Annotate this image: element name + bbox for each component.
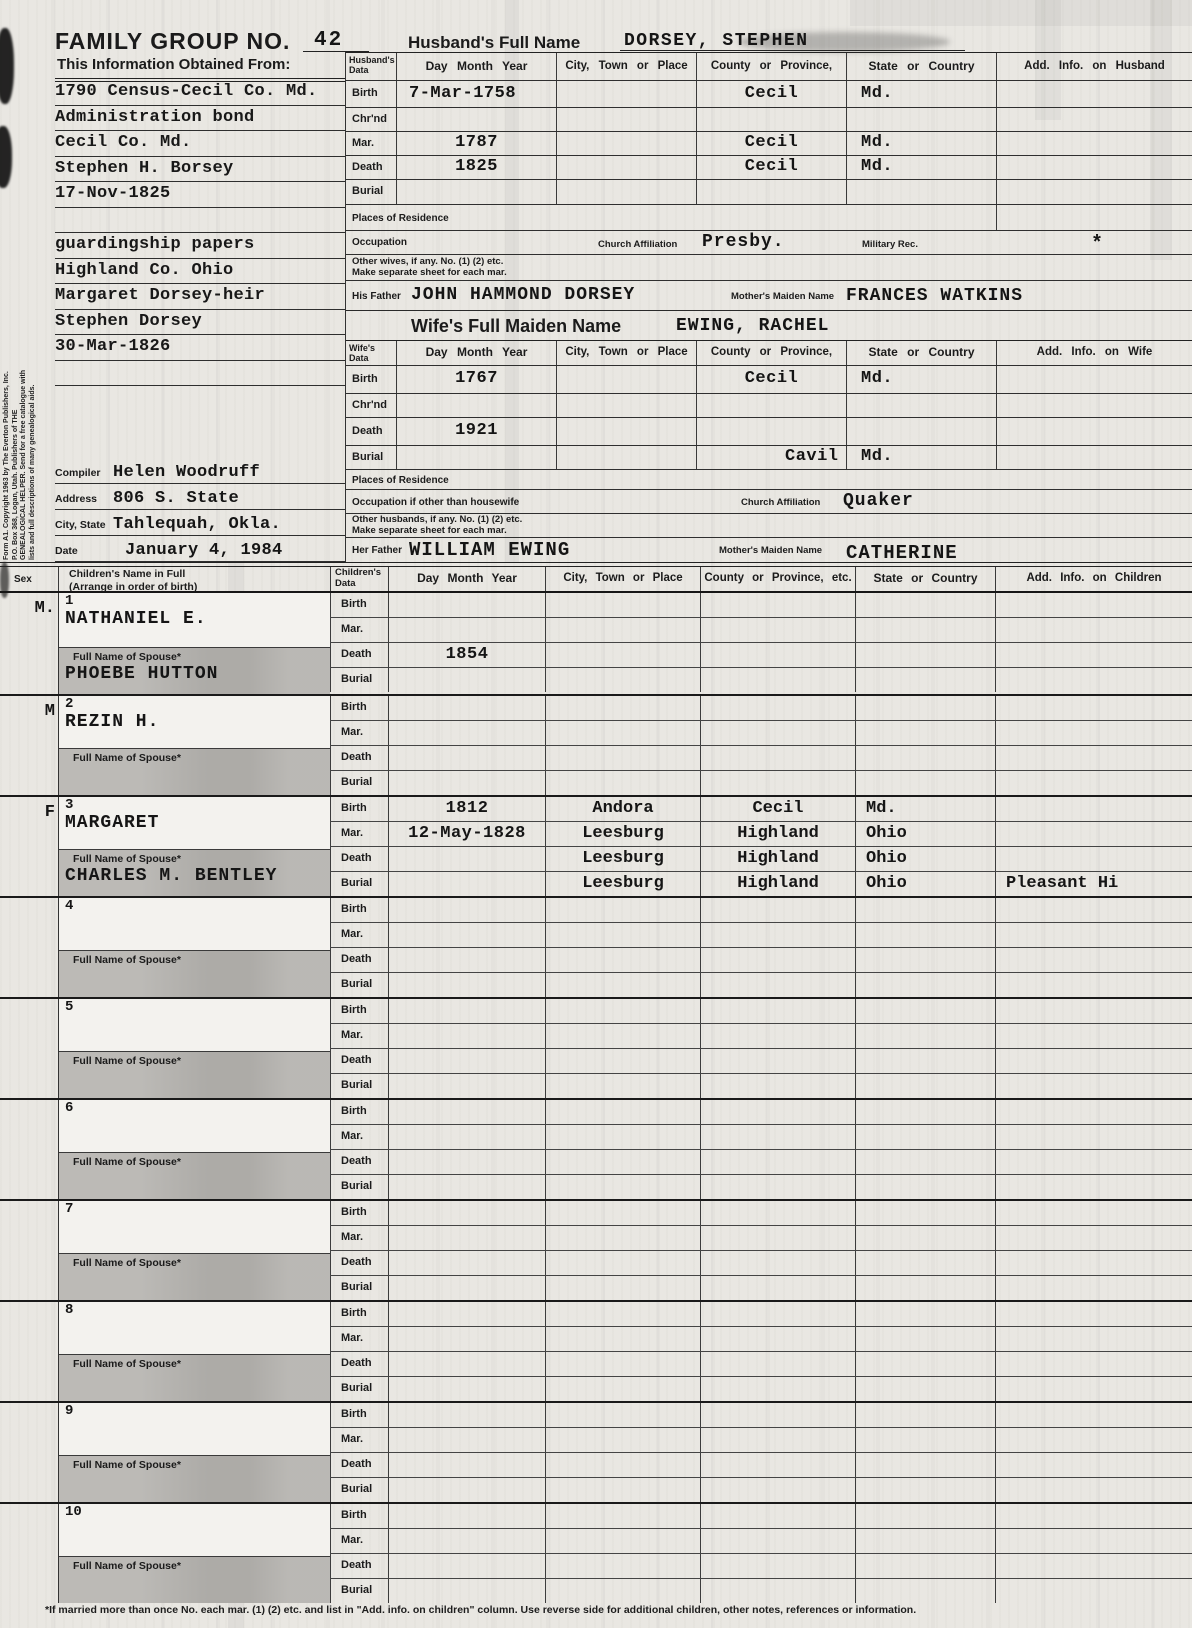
- children-data-header: Children's Data: [330, 566, 388, 591]
- child-record: F 3 MARGARET Full Name of Spouse* CHARLE…: [0, 795, 1192, 896]
- date-row: Date January 4, 1984: [55, 536, 345, 562]
- child-spouse-section: Full Name of Spouse*: [59, 1354, 330, 1401]
- footer-note: *If married more than once No. each mar.…: [45, 1604, 1185, 1616]
- death-county: [700, 948, 855, 972]
- mar-state: [855, 721, 995, 745]
- death-info: [995, 1251, 1192, 1275]
- burial-city: [545, 1175, 700, 1199]
- chrnd-state: [846, 108, 996, 131]
- children-data-line2: Data: [335, 579, 388, 590]
- child-birth-row: Birth: [330, 696, 1192, 721]
- wife-places-row: Places of Residence: [346, 470, 1192, 490]
- address-row: Address 806 S. State: [55, 484, 345, 510]
- spouse-label: Full Name of Spouse*: [59, 749, 330, 764]
- row-label: Burial: [330, 973, 388, 997]
- source-line: 17-Nov-1825: [55, 182, 345, 208]
- husband-table: Husband's Data Day Month Year City, Town…: [345, 52, 1192, 311]
- child-record: 6 Full Name of Spouse* Birth Mar.: [0, 1098, 1192, 1199]
- row-label: Burial: [330, 1175, 388, 1199]
- child-birth-row: Birth: [330, 1100, 1192, 1125]
- birth-state: Md.: [855, 797, 995, 821]
- wife-data-label: Wife's Data: [346, 341, 396, 365]
- source-line: 30-Mar-1826: [55, 335, 345, 361]
- birth-date: [388, 1403, 545, 1427]
- mar-info: [995, 721, 1192, 745]
- child-name-cell: 8 Full Name of Spouse*: [58, 1302, 330, 1401]
- child-name-cell: 1 NATHANIEL E. Full Name of Spouse* PHOE…: [58, 593, 330, 694]
- child-mar-row: Mar. 12-May-1828 Leesburg Highland Ohio: [330, 822, 1192, 847]
- husband-parents-row: His Father JOHN HAMMOND DORSEY Mother's …: [346, 281, 1192, 311]
- mar-county: [700, 1529, 855, 1553]
- birth-county: [700, 999, 855, 1023]
- birth-state: [855, 1100, 995, 1124]
- child-death-row: Death: [330, 948, 1192, 973]
- mar-county: [700, 1428, 855, 1452]
- burial-info: [996, 446, 1192, 469]
- death-state: [846, 418, 996, 445]
- burial-date: [388, 1074, 545, 1098]
- city-state-label: City, State: [55, 519, 113, 534]
- death-county: [696, 418, 846, 445]
- row-label: Burial: [330, 1276, 388, 1300]
- death-state: [855, 1049, 995, 1073]
- row-label: Birth: [330, 898, 388, 922]
- burial-date: [388, 668, 545, 692]
- row-label: Death: [330, 643, 388, 667]
- child-sex: M.: [0, 593, 58, 694]
- address-label: Address: [55, 493, 113, 508]
- child-name-cell: 5 Full Name of Spouse*: [58, 999, 330, 1098]
- burial-county: [700, 1175, 855, 1199]
- birth-county: [700, 898, 855, 922]
- spouse-label: Full Name of Spouse*: [59, 648, 330, 663]
- chrnd-city: [556, 108, 696, 131]
- husband-chrnd-row: Chr'nd: [346, 108, 1192, 132]
- child-burial-row: Burial Leesburg Highland Ohio Pleasant H…: [330, 872, 1192, 896]
- mar-info: [995, 1024, 1192, 1048]
- child-death-row: Death: [330, 1352, 1192, 1377]
- child-number: 4: [59, 898, 330, 914]
- mar-city: [545, 721, 700, 745]
- child-name-cell: 10 Full Name of Spouse*: [58, 1504, 330, 1603]
- wife-birth-row: Birth 1767 Cecil Md.: [346, 366, 1192, 394]
- mar-city: Leesburg: [545, 822, 700, 846]
- occupation-label: Occupation: [352, 237, 407, 248]
- mar-info: [996, 132, 1192, 155]
- mar-info: [995, 822, 1192, 846]
- chrnd-state: [846, 394, 996, 417]
- birth-info: [995, 797, 1192, 821]
- mar-date: [388, 618, 545, 642]
- child-birth-row: Birth 1812 Andora Cecil Md.: [330, 797, 1192, 822]
- spouse-label: Full Name of Spouse*: [59, 850, 330, 865]
- wife-parents-row: Her Father WILLIAM EWING Mother's Maiden…: [346, 538, 1192, 562]
- death-state: [855, 948, 995, 972]
- birth-city: [545, 1100, 700, 1124]
- row-label: Birth: [330, 1201, 388, 1225]
- child-name: REZIN H.: [59, 712, 330, 732]
- child-record: M. 1 NATHANIEL E. Full Name of Spouse* P…: [0, 593, 1192, 694]
- col-state: State or Country: [855, 566, 995, 591]
- child-sex: [0, 1302, 58, 1401]
- row-label: Death: [330, 1251, 388, 1275]
- death-info: [995, 643, 1192, 667]
- row-label: Chr'nd: [346, 394, 396, 417]
- burial-county: [696, 180, 846, 204]
- mar-city: [545, 1226, 700, 1250]
- child-name-cell: 3 MARGARET Full Name of Spouse* CHARLES …: [58, 797, 330, 896]
- burial-state: [855, 973, 995, 997]
- child-mar-row: Mar.: [330, 923, 1192, 948]
- husband-places-row: Places of Residence: [346, 205, 1192, 231]
- death-city: [545, 948, 700, 972]
- row-label: Mar.: [330, 1226, 388, 1250]
- death-county: [700, 1554, 855, 1578]
- birth-county: [700, 1201, 855, 1225]
- child-mar-row: Mar.: [330, 721, 1192, 746]
- mar-city: [545, 1428, 700, 1452]
- birth-state: [855, 1201, 995, 1225]
- row-label: Birth: [330, 1100, 388, 1124]
- child-events: Birth Mar. Death: [330, 1504, 1192, 1603]
- child-mar-row: Mar.: [330, 618, 1192, 643]
- birth-state: [855, 1302, 995, 1326]
- child-spouse-section: Full Name of Spouse*: [59, 950, 330, 997]
- burial-county: [700, 1579, 855, 1603]
- form-title: FAMILY GROUP NO.: [55, 28, 290, 55]
- child-name-cell: 6 Full Name of Spouse*: [58, 1100, 330, 1199]
- spouse-label: Full Name of Spouse*: [59, 1456, 330, 1471]
- death-date: [388, 1352, 545, 1376]
- burial-county: [700, 1478, 855, 1502]
- scan-artifact: [850, 0, 1192, 26]
- mar-date: [388, 721, 545, 745]
- source-lines: 1790 Census-Cecil Co. Md. Administration…: [55, 80, 345, 386]
- scan-artifact: [0, 28, 14, 104]
- mar-county: [700, 618, 855, 642]
- birth-county: Cecil: [696, 366, 846, 393]
- asterisk-mark: *: [1091, 233, 1103, 256]
- scan-artifact: [0, 126, 12, 188]
- places-label: Places of Residence: [352, 213, 449, 224]
- death-state: Md.: [846, 156, 996, 179]
- burial-info: [995, 1478, 1192, 1502]
- death-info: [995, 1352, 1192, 1376]
- child-number: 3: [59, 797, 330, 813]
- mother-maiden-value: FRANCES WATKINS: [846, 286, 1023, 306]
- child-name-cell: 2 REZIN H. Full Name of Spouse*: [58, 696, 330, 795]
- col-city: City, Town or Place: [545, 566, 700, 591]
- mar-info: [995, 1327, 1192, 1351]
- burial-info: [995, 1074, 1192, 1098]
- child-events: Birth Mar. Death: [330, 1302, 1192, 1401]
- row-label: Death: [330, 948, 388, 972]
- burial-date: [388, 1579, 545, 1603]
- child-birth-row: Birth: [330, 1504, 1192, 1529]
- birth-county: [700, 593, 855, 617]
- row-label: Death: [330, 1049, 388, 1073]
- birth-city: [556, 81, 696, 107]
- chrnd-date: [396, 108, 556, 131]
- death-city: Leesburg: [545, 847, 700, 871]
- child-events: Birth Mar. Death 1854: [330, 593, 1192, 694]
- child-spouse-section: Full Name of Spouse*: [59, 1455, 330, 1502]
- row-label: Chr'nd: [346, 108, 396, 131]
- death-info: [996, 156, 1192, 179]
- child-birth-row: Birth: [330, 1403, 1192, 1428]
- death-info: [995, 746, 1192, 770]
- death-state: [855, 746, 995, 770]
- burial-info: [995, 973, 1192, 997]
- husband-header-row: Husband's Data Day Month Year City, Town…: [346, 53, 1192, 81]
- wife-name-value: EWING, RACHEL: [676, 316, 829, 336]
- birth-city: [556, 366, 696, 393]
- child-burial-row: Burial: [330, 1579, 1192, 1603]
- mar-state: Md.: [846, 132, 996, 155]
- child-mar-row: Mar.: [330, 1024, 1192, 1049]
- spouse-label: Full Name of Spouse*: [59, 1254, 330, 1269]
- death-county: [700, 1049, 855, 1073]
- spouse-name: CHARLES M. BENTLEY: [59, 865, 330, 887]
- birth-date: 7-Mar-1758: [396, 81, 556, 107]
- row-label: Birth: [330, 696, 388, 720]
- death-county: [700, 1453, 855, 1477]
- source-line: [55, 208, 345, 234]
- death-state: [855, 1554, 995, 1578]
- child-number: 6: [59, 1100, 330, 1116]
- chrnd-info: [996, 394, 1192, 417]
- burial-state: Md.: [846, 446, 996, 469]
- row-label: Death: [330, 1453, 388, 1477]
- imprint-line: Form A1. Copyright 1963 by The Everton P…: [3, 276, 12, 560]
- burial-state: [855, 1579, 995, 1603]
- source-line: guardingship papers: [55, 233, 345, 259]
- row-label: Death: [330, 746, 388, 770]
- burial-state: [855, 1074, 995, 1098]
- burial-city: Leesburg: [545, 872, 700, 896]
- mar-date: [388, 1024, 545, 1048]
- birth-county: [700, 1302, 855, 1326]
- birth-state: [855, 898, 995, 922]
- birth-city: [545, 696, 700, 720]
- husband-other-wives-row: Other wives, if any. No. (1) (2) etc. Ma…: [346, 255, 1192, 281]
- child-events: Birth 1812 Andora Cecil Md. Mar. 12-May-…: [330, 797, 1192, 896]
- birth-info: [995, 1504, 1192, 1528]
- mar-info: [995, 923, 1192, 947]
- child-number: 2: [59, 696, 330, 712]
- child-number: 1: [59, 593, 330, 609]
- row-label: Burial: [330, 668, 388, 692]
- col-state: State or Country: [846, 53, 996, 80]
- child-sex: [0, 1504, 58, 1603]
- child-mar-row: Mar.: [330, 1327, 1192, 1352]
- child-events: Birth Mar. Death: [330, 696, 1192, 795]
- military-label: Military Rec.: [862, 240, 918, 251]
- row-label: Birth: [346, 366, 396, 393]
- death-date: [388, 1251, 545, 1275]
- child-number: 9: [59, 1403, 330, 1419]
- death-info: [995, 1150, 1192, 1174]
- her-father-label: Her Father: [352, 545, 402, 556]
- row-label: Mar.: [330, 822, 388, 846]
- row-label: Birth: [330, 797, 388, 821]
- child-spouse-section: Full Name of Spouse* PHOEBE HUTTON: [59, 647, 330, 694]
- imprint-line: GENEALOGICAL HELPER. Send for a free cat…: [20, 276, 29, 560]
- row-label: Birth: [346, 81, 396, 107]
- child-number: 5: [59, 999, 330, 1015]
- birth-date: [388, 999, 545, 1023]
- burial-city: [545, 1478, 700, 1502]
- mar-state: [855, 1226, 995, 1250]
- compiler-label: Compiler: [55, 467, 113, 482]
- publisher-imprint: Form A1. Copyright 1963 by The Everton P…: [3, 276, 37, 560]
- child-death-row: Death: [330, 746, 1192, 771]
- husband-death-row: Death 1825 Cecil Md.: [346, 156, 1192, 180]
- burial-date: [396, 180, 556, 204]
- burial-city: [545, 1377, 700, 1401]
- birth-date: [388, 593, 545, 617]
- city-state-value: Tahlequah, Okla.: [113, 515, 281, 534]
- death-city: [556, 156, 696, 179]
- birth-county: [700, 1100, 855, 1124]
- mar-date: [388, 1226, 545, 1250]
- mar-info: [995, 618, 1192, 642]
- mar-city: [545, 618, 700, 642]
- row-label: Death: [346, 156, 396, 179]
- husband-burial-row: Burial: [346, 180, 1192, 205]
- child-death-row: Death: [330, 1554, 1192, 1579]
- mar-date: 12-May-1828: [388, 822, 545, 846]
- burial-info: [995, 1579, 1192, 1603]
- death-county: [700, 746, 855, 770]
- death-date: [388, 1049, 545, 1073]
- row-label: Mar.: [330, 1529, 388, 1553]
- row-label: Mar.: [330, 1024, 388, 1048]
- child-spouse-section: Full Name of Spouse* CHARLES M. BENTLEY: [59, 849, 330, 896]
- mar-county: [700, 1125, 855, 1149]
- birth-city: [545, 898, 700, 922]
- row-label: Birth: [330, 999, 388, 1023]
- death-state: [855, 643, 995, 667]
- child-birth-row: Birth: [330, 1201, 1192, 1226]
- death-state: [855, 1453, 995, 1477]
- date-value: January 4, 1984: [113, 541, 283, 560]
- burial-state: [855, 668, 995, 692]
- child-sex: [0, 898, 58, 997]
- burial-date: [388, 771, 545, 795]
- burial-county: [700, 668, 855, 692]
- burial-city: [556, 446, 696, 469]
- child-birth-row: Birth: [330, 898, 1192, 923]
- death-county: [700, 1150, 855, 1174]
- death-info: [995, 1049, 1192, 1073]
- birth-info: [995, 1100, 1192, 1124]
- burial-city: [545, 668, 700, 692]
- row-label: Birth: [330, 1504, 388, 1528]
- mother-maiden-value: CATHERINE: [846, 542, 958, 564]
- row-label: Death: [330, 1554, 388, 1578]
- husband-mar-row: Mar. 1787 Cecil Md.: [346, 132, 1192, 156]
- mar-city: [556, 132, 696, 155]
- spouse-label: Full Name of Spouse*: [59, 1355, 330, 1370]
- birth-state: [855, 696, 995, 720]
- birth-city: [545, 1403, 700, 1427]
- death-info: [995, 847, 1192, 871]
- col-city: City, Town or Place: [556, 53, 696, 80]
- mar-state: [855, 1024, 995, 1048]
- col-state: State or Country: [846, 341, 996, 365]
- burial-state: [846, 180, 996, 204]
- death-county: [700, 1352, 855, 1376]
- burial-info: [995, 771, 1192, 795]
- mar-date: [388, 1125, 545, 1149]
- col-county: County or Province, etc.: [700, 566, 855, 591]
- burial-date: [388, 1478, 545, 1502]
- wife-burial-row: Burial Cavil Md.: [346, 446, 1192, 470]
- his-father-value: JOHN HAMMOND DORSEY: [411, 285, 635, 305]
- birth-city: [545, 999, 700, 1023]
- mar-info: [995, 1428, 1192, 1452]
- burial-county: Cavil: [696, 446, 846, 469]
- children-table: Sex Children's Name in Full (Arrange in …: [0, 562, 1192, 1603]
- children-name-header: Children's Name in Full (Arrange in orde…: [58, 566, 330, 591]
- col-date: Day Month Year: [396, 53, 556, 80]
- child-birth-row: Birth: [330, 1302, 1192, 1327]
- birth-state: Md.: [846, 366, 996, 393]
- compiler-row: Compiler Helen Woodruff: [55, 458, 345, 484]
- child-sex: M: [0, 696, 58, 795]
- chrnd-info: [996, 108, 1192, 131]
- burial-city: [545, 973, 700, 997]
- chrnd-date: [396, 394, 556, 417]
- child-death-row: Death: [330, 1049, 1192, 1074]
- row-label: Birth: [330, 1403, 388, 1427]
- birth-date: [388, 696, 545, 720]
- burial-info: [995, 1175, 1192, 1199]
- her-father-value: WILLIAM EWING: [409, 539, 570, 561]
- row-label: Burial: [330, 771, 388, 795]
- child-burial-row: Burial: [330, 1074, 1192, 1098]
- mar-state: [855, 1327, 995, 1351]
- burial-state: [855, 1377, 995, 1401]
- child-death-row: Death Leesburg Highland Ohio: [330, 847, 1192, 872]
- col-info: Add. Info. on Husband: [996, 53, 1192, 80]
- children-header-row: Sex Children's Name in Full (Arrange in …: [0, 563, 1192, 593]
- birth-info: [996, 81, 1192, 107]
- mar-state: Ohio: [855, 822, 995, 846]
- chrnd-county: [696, 394, 846, 417]
- row-label: Death: [346, 418, 396, 445]
- birth-county: [700, 696, 855, 720]
- source-line: 1790 Census-Cecil Co. Md.: [55, 80, 345, 106]
- mar-date: [388, 1327, 545, 1351]
- birth-date: [388, 1201, 545, 1225]
- death-date: [388, 948, 545, 972]
- burial-county: [700, 973, 855, 997]
- family-group-sheet: Form A1. Copyright 1963 by The Everton P…: [0, 0, 1192, 1628]
- birth-date: 1812: [388, 797, 545, 821]
- mar-city: [545, 1024, 700, 1048]
- child-spouse-section: Full Name of Spouse*: [59, 748, 330, 795]
- birth-state: [855, 593, 995, 617]
- row-label: Burial: [346, 446, 396, 469]
- mar-county: [700, 1327, 855, 1351]
- row-label: Mar.: [346, 132, 396, 155]
- burial-date: [388, 872, 545, 896]
- child-birth-row: Birth: [330, 593, 1192, 618]
- child-death-row: Death: [330, 1251, 1192, 1276]
- children-name-header-line2: (Arrange in order of birth): [69, 581, 330, 594]
